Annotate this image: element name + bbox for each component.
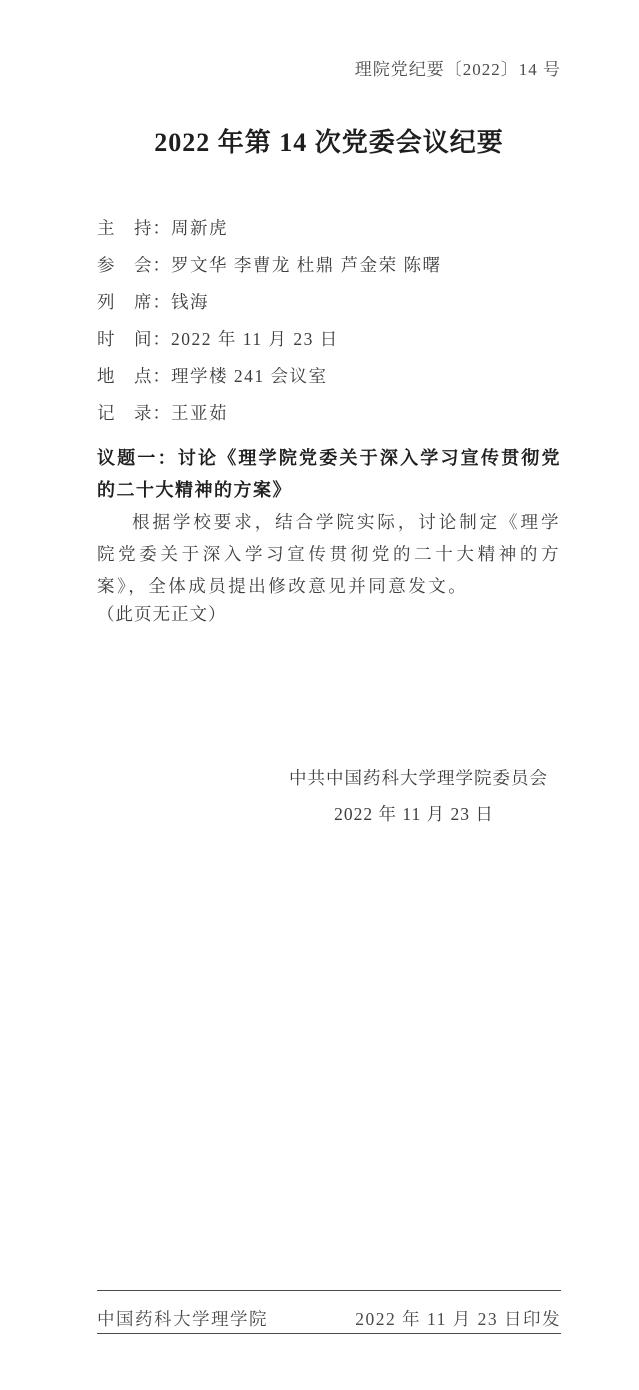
meta-value-location: 理学楼 241 会议室	[171, 366, 328, 386]
meta-value-attendees: 罗文华 李曹龙 杜鼎 芦金荣 陈曙	[171, 255, 442, 275]
signature-block: 中共中国药科大学理学院委员会 2022 年 11 月 23 日	[289, 766, 539, 826]
topic-section: 议题一：讨论《理学院党委关于深入学习宣传贯彻党的二十大精神的方案》 根据学校要求…	[97, 442, 561, 626]
doc-number: 理院党纪要〔2022〕14 号	[97, 58, 561, 82]
meta-label-observers: 列 席：	[97, 292, 171, 312]
meta-row-location: 地 点：理学楼 241 会议室	[97, 358, 561, 395]
meta-value-host: 周新虎	[171, 218, 228, 238]
signature-date: 2022 年 11 月 23 日	[289, 802, 539, 826]
topic-heading: 议题一：讨论《理学院党委关于深入学习宣传贯彻党的二十大精神的方案》	[97, 442, 561, 506]
meta-label-host: 主 持：	[97, 218, 171, 238]
document-content: 理院党纪要〔2022〕14 号 2022 年第 14 次党委会议纪要 主 持：周…	[0, 0, 639, 826]
meta-row-host: 主 持：周新虎	[97, 210, 561, 247]
colophon-print-date: 2022 年 11 月 23 日印发	[355, 1306, 561, 1332]
colophon: 中国药科大学理学院 2022 年 11 月 23 日印发	[97, 1290, 561, 1334]
meta-row-observers: 列 席：钱海	[97, 284, 561, 321]
meta-list: 主 持：周新虎 参 会：罗文华 李曹龙 杜鼎 芦金荣 陈曙 列 席：钱海 时 间…	[97, 210, 561, 432]
meta-row-time: 时 间：2022 年 11 月 23 日	[97, 321, 561, 358]
meta-label-attendees: 参 会：	[97, 255, 171, 275]
meta-label-location: 地 点：	[97, 366, 171, 386]
colophon-issuer: 中国药科大学理学院	[97, 1306, 268, 1332]
signature-organization: 中共中国药科大学理学院委员会	[289, 766, 539, 790]
document-title: 2022 年第 14 次党委会议纪要	[97, 128, 561, 158]
meta-row-recorder: 记 录：王亚茹	[97, 395, 561, 432]
topic-body: 根据学校要求，结合学院实际，讨论制定《理学院党委关于深入学习宣传贯彻党的二十大精…	[97, 506, 561, 602]
document-page: 理院党纪要〔2022〕14 号 2022 年第 14 次党委会议纪要 主 持：周…	[0, 0, 639, 1390]
meta-value-time: 2022 年 11 月 23 日	[171, 329, 339, 349]
meta-value-observers: 钱海	[171, 292, 209, 312]
no-text-note: （此页无正文）	[97, 602, 561, 626]
meta-label-time: 时 间：	[97, 329, 171, 349]
meta-row-attendees: 参 会：罗文华 李曹龙 杜鼎 芦金荣 陈曙	[97, 247, 561, 284]
meta-label-recorder: 记 录：	[97, 403, 171, 423]
meta-value-recorder: 王亚茹	[171, 403, 228, 423]
